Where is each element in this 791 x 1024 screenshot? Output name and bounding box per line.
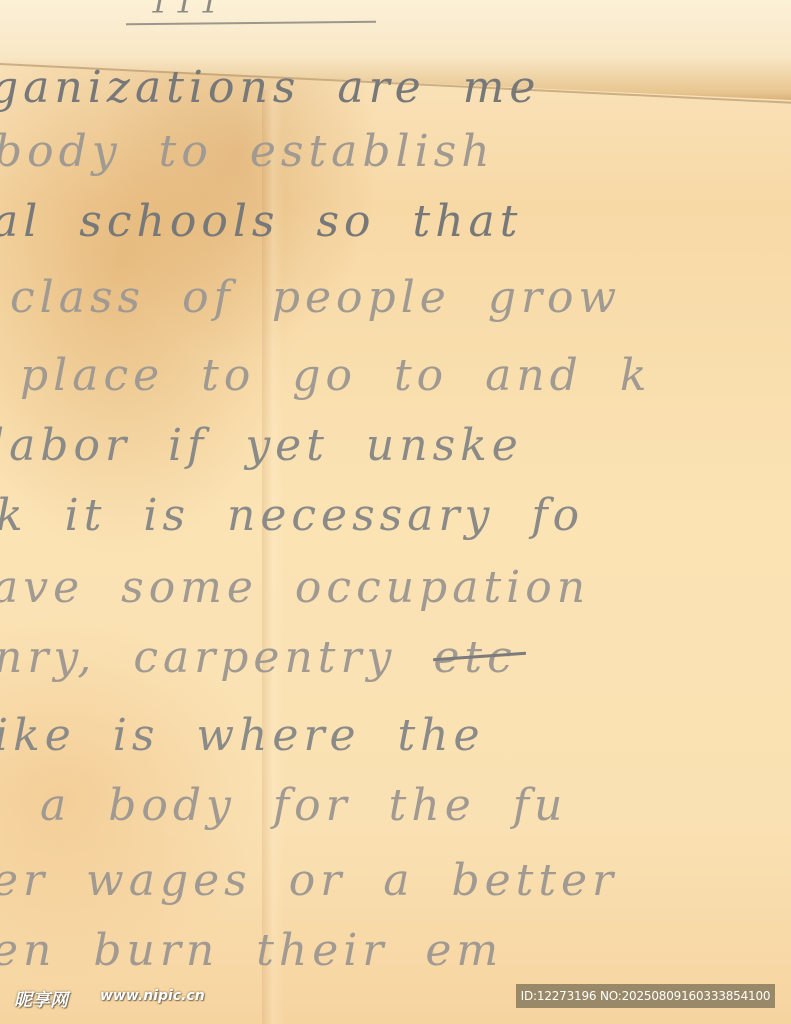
image-id-badge: ID:12273196 NO:20250809160333854100 <box>516 984 775 1008</box>
handwritten-line-11: a body for the fu <box>40 780 567 831</box>
handwritten-line-2: body to establish <box>0 126 495 177</box>
handwritten-line-6: labor if yet unske <box>0 420 523 471</box>
watermark-url: www.nipic.cn <box>100 988 205 1004</box>
handwritten-line-1: ganizations are me <box>0 62 540 113</box>
line-9-text: nry, carpentry <box>0 632 396 683</box>
document-page: 111 ganizations are me body to establish… <box>0 0 791 1024</box>
struck-out-word: etc <box>433 632 516 683</box>
handwritten-line-3: al schools so that <box>0 196 522 247</box>
watermark-logo: 昵享网 <box>14 986 68 1012</box>
handwritten-line-8: ave some occupation <box>0 562 590 613</box>
page-header-mark: 111 <box>150 0 225 21</box>
handwritten-line-4: class of people grow <box>10 272 621 323</box>
handwritten-line-9: nry, carpentry etc <box>0 632 517 683</box>
handwritten-line-5: place to go to and k <box>20 350 651 401</box>
handwritten-line-12: er wages or a better <box>0 855 618 906</box>
handwritten-line-7: k it is necessary fo <box>0 490 584 541</box>
handwritten-line-13: en burn their em <box>0 925 503 976</box>
handwritten-line-10: ike is where the <box>0 710 485 761</box>
